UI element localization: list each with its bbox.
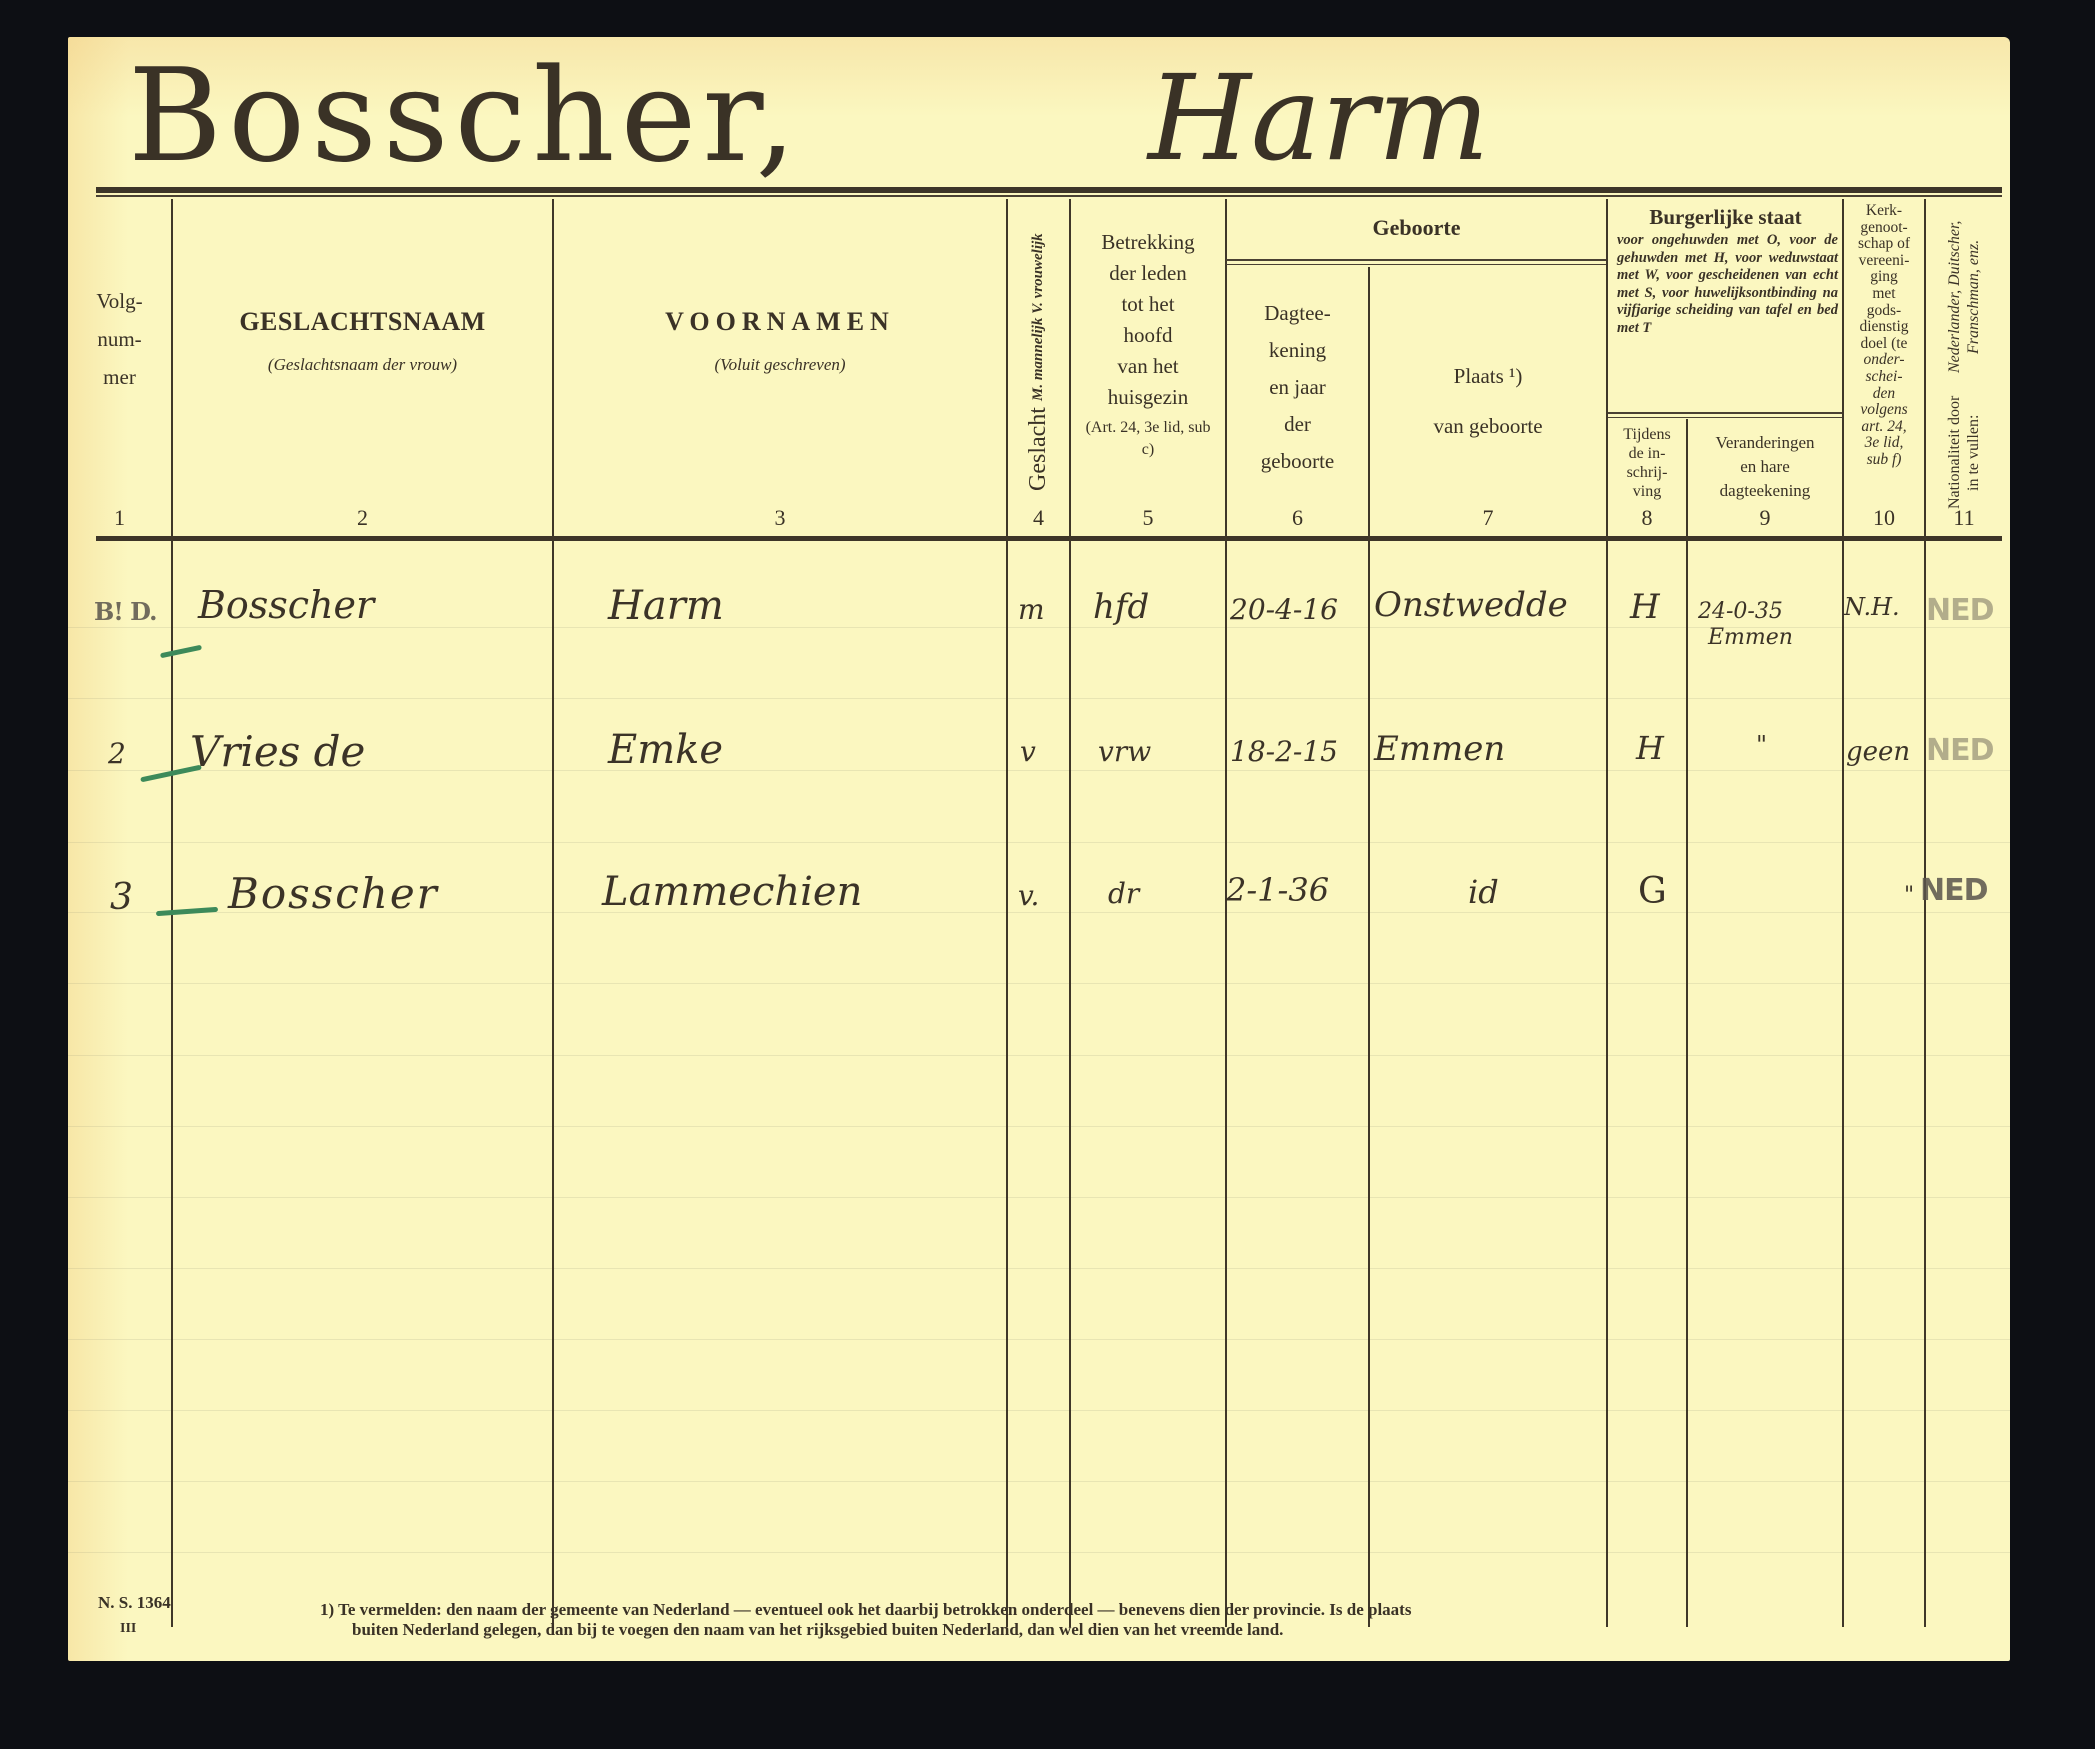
ruled-line <box>68 1410 2010 1411</box>
row-betrekking: hfd <box>1093 587 1149 627</box>
ruled-line <box>68 1481 2010 1482</box>
header-geboorteplaats: Plaats ¹) van geboorte <box>1370 351 1606 451</box>
col-number: 6 <box>1227 505 1368 531</box>
row-geslacht: v. <box>1018 879 1039 912</box>
row-geboorteplaats: Onstwedde <box>1374 585 1568 625</box>
row-geslachtsnaam: Bosscher <box>198 583 374 627</box>
group-header-geboorte: Geboorte <box>1227 215 1606 241</box>
footnote: 1) Te vermelden: den naam der gemeente v… <box>320 1600 1411 1640</box>
geboorte-rule-thin <box>1226 264 1606 265</box>
card-surname: Bosscher, <box>128 53 802 181</box>
header-text: der leden <box>1071 258 1225 289</box>
geboorte-rule <box>1226 259 1606 261</box>
row-nationaliteit-stamp: NED <box>1926 733 1994 768</box>
footnote-line-2: buiten Nederland gelegen, dan bij te voe… <box>320 1620 1411 1640</box>
header-geslachtsnaam: GESLACHTSNAAM (Geslachtsnaam der vrouw) <box>173 307 552 375</box>
header-geboortedatum: Dagtee- kening en jaar der geboorte <box>1227 295 1368 480</box>
header-kerkgenootschap: Kerk- genoot- schap of vereeni- ging met… <box>1844 203 1924 469</box>
ruled-line <box>68 1339 2010 1340</box>
col-number: 5 <box>1071 505 1225 531</box>
header-text: 3e lid, <box>1844 435 1924 452</box>
col-number: 2 <box>173 505 552 531</box>
header-text: Veranderingen <box>1688 431 1842 455</box>
row-betrekking: dr <box>1108 877 1139 910</box>
header-text: art. 24, <box>1844 419 1924 436</box>
row-staat-inschrijving: H <box>1630 587 1660 627</box>
header-text: genoot- <box>1844 220 1924 237</box>
row-staat-veranderingen: 24-0-35 <box>1698 599 1783 624</box>
header-text: tot het <box>1071 289 1225 320</box>
col-number: 11 <box>1926 505 2002 531</box>
ruled-line <box>68 1268 2010 1269</box>
row-volgnummer: 2 <box>108 737 126 770</box>
header-text: en jaar <box>1227 369 1368 406</box>
form-series: III <box>120 1621 136 1637</box>
col-divider-6 <box>1368 267 1370 1627</box>
header-subtitle: M. mannelijk V. vrouwelijk <box>1030 233 1047 401</box>
header-title: GESLACHTSNAAM <box>173 307 552 337</box>
header-text: der <box>1227 406 1368 443</box>
row-staat-veranderingen: " <box>1756 731 1767 759</box>
header-text: met <box>1844 286 1924 303</box>
header-text: gods- <box>1844 303 1924 320</box>
row-nationaliteit-stamp: NED <box>1926 593 1994 628</box>
header-volgnummer: Volg- num- mer <box>68 282 171 396</box>
group-header-burgerlijke-staat: Burgerlijke staat voor ongehuwden met O,… <box>1609 205 1842 337</box>
header-text: schei- <box>1844 369 1924 386</box>
header-text: de in- <box>1608 444 1686 463</box>
header-text: doel (te <box>1844 336 1924 353</box>
col-divider-8 <box>1686 419 1688 1627</box>
col-number: 9 <box>1688 505 1842 531</box>
burgerlijke-rule-thin <box>1608 417 1842 418</box>
header-title: VOORNAMEN <box>554 307 1006 337</box>
row-voornamen: Harm <box>608 583 724 629</box>
form-code-text: N. S. 1364 <box>98 1593 171 1612</box>
row-geboorteplaats: Emmen <box>1374 729 1505 769</box>
header-text: dagteekening <box>1688 479 1842 503</box>
header-text: Tijdens <box>1608 425 1686 444</box>
ruled-line <box>68 1055 2010 1056</box>
row-geslachtsnaam: Vries de <box>190 727 365 776</box>
header-text: dienstig <box>1844 319 1924 336</box>
ruled-line <box>68 983 2010 984</box>
header-text: kening <box>1227 332 1368 369</box>
col-number: 1 <box>68 505 171 531</box>
header-text: Kerk- <box>1844 203 1924 220</box>
header-text: den <box>1844 386 1924 403</box>
title-rule-thin <box>96 195 2002 197</box>
ruled-line <box>68 1552 2010 1553</box>
ruled-line <box>68 1197 2010 1198</box>
header-text: huisgezin <box>1071 382 1225 413</box>
header-note: (Art. 24, 3e lid, sub c) <box>1071 417 1225 461</box>
ruled-line <box>68 1126 2010 1127</box>
burgerlijke-rule <box>1608 412 1842 414</box>
header-text: onder- <box>1844 352 1924 369</box>
header-staat-veranderingen: Veranderingen en hare dagteekening <box>1688 431 1842 503</box>
header-text: schrij- <box>1608 463 1686 482</box>
green-check-mark <box>160 645 202 659</box>
header-text: ging <box>1844 269 1924 286</box>
row-betrekking: vrw <box>1098 735 1151 768</box>
header-text: Dagtee- <box>1227 295 1368 332</box>
header-geslacht: Geslacht M. mannelijk V. vrouwelijk <box>1008 207 1069 517</box>
row-kerkgenootschap: geen <box>1846 737 1910 767</box>
row-kerkgenootschap: " <box>1904 883 1914 908</box>
col-number: 4 <box>1008 505 1069 531</box>
header-text: mer <box>68 358 171 396</box>
header-betrekking: Betrekking der leden tot het hoofd van h… <box>1071 227 1225 461</box>
header-rule <box>96 536 2002 541</box>
ruled-line <box>68 698 2010 699</box>
header-text: geboorte <box>1227 443 1368 480</box>
row-voornamen: Emke <box>608 727 723 773</box>
col-number: 10 <box>1844 505 1924 531</box>
col-number: 8 <box>1608 505 1686 531</box>
row-staat-inschrijving: H <box>1636 729 1664 767</box>
header-text: van geboorte <box>1370 401 1606 451</box>
row-kerkgenootschap: N.H. <box>1844 593 1900 621</box>
card-given-name: Harm <box>1148 59 1490 177</box>
row-geboortedatum: 2-1-36 <box>1226 871 1329 909</box>
header-subtitle: (Voluit geschreven) <box>554 355 1006 375</box>
row-geslacht: m <box>1018 593 1045 626</box>
header-text: schap of <box>1844 236 1924 253</box>
green-check-mark <box>156 907 218 916</box>
header-text: volgens <box>1844 402 1924 419</box>
header-text: vereeni- <box>1844 253 1924 270</box>
row-geboortedatum: 20-4-16 <box>1230 593 1338 626</box>
header-text: ving <box>1608 482 1686 501</box>
header-title: Nationaliteit door in te vullen: <box>1945 389 1983 518</box>
row-staat-veranderingen-plaats: Emmen <box>1708 625 1793 650</box>
registration-card: Bosscher, Harm Volg- num- mer GESLACHTSN… <box>68 37 2010 1661</box>
row-nationaliteit-stamp: NED <box>1920 873 1988 908</box>
row-voornamen: Lammechien <box>602 869 862 915</box>
header-voornamen: VOORNAMEN (Voluit geschreven) <box>554 307 1006 375</box>
header-text: Volg- <box>68 282 171 320</box>
header-text: Plaats ¹) <box>1370 351 1606 401</box>
ruled-line <box>68 842 2010 843</box>
form-code: N. S. 1364 <box>98 1593 171 1613</box>
header-nationaliteit: Nationaliteit door in te vullen: Nederla… <box>1926 207 2002 517</box>
row-geslachtsnaam: Bosscher <box>228 869 439 918</box>
row-volgnummer: 3 <box>110 877 133 918</box>
header-staat-inschrijving: Tijdens de in- schrij- ving <box>1608 425 1686 501</box>
header-text: van het <box>1071 351 1225 382</box>
row-geslacht: v <box>1020 735 1036 768</box>
col-number: 3 <box>554 505 1006 531</box>
row-geboortedatum: 18-2-15 <box>1230 735 1338 768</box>
header-text: num- <box>68 320 171 358</box>
header-text: hoofd <box>1071 320 1225 351</box>
row-staat-inschrijving: G <box>1638 871 1667 912</box>
group-description: voor ongehuwden met O, voor de gehuwden … <box>1609 230 1842 337</box>
header-text: Betrekking <box>1071 227 1225 258</box>
title-rule <box>96 187 2002 193</box>
col-divider-2 <box>552 199 554 1627</box>
footnote-line-1: 1) Te vermelden: den naam der gemeente v… <box>320 1600 1411 1620</box>
header-text: en hare <box>1688 455 1842 479</box>
group-title: Burgerlijke staat <box>1609 205 1842 230</box>
header-subtitle: Nederlander, Duitscher, Franschman, enz. <box>1945 207 1983 387</box>
header-text: sub f) <box>1844 452 1924 469</box>
header-title: Geslacht <box>1025 407 1052 491</box>
col-number: 7 <box>1370 505 1606 531</box>
row-volgnummer: B! D. <box>94 597 157 626</box>
header-subtitle: (Geslachtsnaam der vrouw) <box>173 355 552 375</box>
row-geboorteplaats: id <box>1468 873 1499 911</box>
